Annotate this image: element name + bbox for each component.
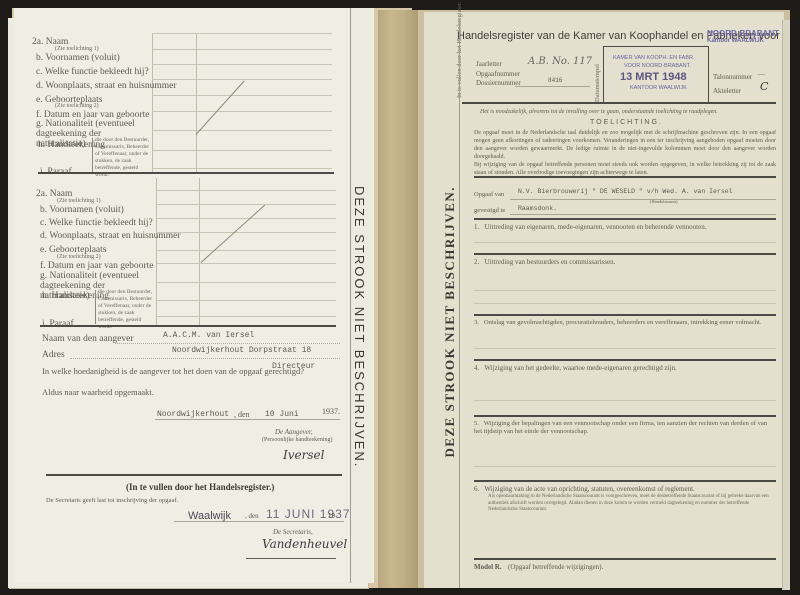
model-note: (Opgaaf betreffende wijzigingen). xyxy=(508,563,603,571)
truth-statement: Aldus naar waarheid opgemaakt. xyxy=(42,387,154,397)
header-stamp-region: NOORD-BRABANT xyxy=(707,29,779,38)
registry-heading: (In te vullen door het Handelsregister.) xyxy=(126,482,274,492)
declarant-address-value: Noordwijkerhout Dorpstraat 18 xyxy=(172,346,311,355)
column-divider xyxy=(196,34,197,174)
section-divider xyxy=(474,558,776,560)
date-stamp-line2: VOOR NOORD-BRABANT xyxy=(624,63,690,69)
registry-date-stamp: 11 JUNI 1937 xyxy=(266,507,351,521)
declarant-place: Noordwijkerhout xyxy=(157,410,229,419)
date-stamp-line1: KAMER VAN KOOPH. EN FABR. xyxy=(613,55,695,61)
signer-title: De Aangever, xyxy=(275,428,313,436)
explanation-paragraph-2: Bij wijziging van de opgaaf betreffende … xyxy=(474,161,776,177)
handelsnaam-note: (Handelsnaam) xyxy=(650,199,678,204)
akte-value: C xyxy=(760,80,768,93)
field-label-geboortedatum-2: f. Datum en jaar van geboorte xyxy=(40,261,153,271)
section-2: 2. Uittreding van bestuurders en commiss… xyxy=(474,258,615,266)
declarant-date: 10 Juni xyxy=(265,410,299,419)
strip-notice-left: DEZE STROOK NIET BESCHRIJVEN. xyxy=(352,186,367,468)
section-divider xyxy=(474,314,776,316)
model-label: Model R. xyxy=(474,563,502,571)
field-label-woonplaats-2: d. Woonplaats, straat en huisnummer xyxy=(40,231,181,241)
field-label-woonplaats: d. Woonplaats, straat en huisnummer xyxy=(36,81,177,91)
header-divider xyxy=(462,102,776,104)
explanation-paragraph-1: De opgaaf moet in de Nederlandsche taal … xyxy=(474,129,776,161)
gevestigd-value: Raamsdonk. xyxy=(518,205,557,212)
section-3: 3. Ontslag van gevolmachtigden, procurat… xyxy=(474,319,762,326)
section-4: 4. Wijziging van het gedeelte, waartoe m… xyxy=(474,364,677,372)
gevestigd-label: gevestigd te xyxy=(474,207,505,214)
field-sub-note: (Zie toelichting 1) xyxy=(57,198,101,204)
section-divider xyxy=(474,253,776,255)
section-6: 6. Wijziging van de acte van oprichting,… xyxy=(474,485,695,493)
signer-note: (Persoonlijke handteekening) xyxy=(262,437,332,443)
declarant-year: 1937. xyxy=(322,407,340,416)
field-sub-note: (Zie toelichting 2) xyxy=(55,103,99,109)
company-name-value: N.V. Bierbrouwerij " DE WESELD " v/h Wed… xyxy=(518,188,733,195)
talon-value: — xyxy=(758,70,765,78)
section-divider xyxy=(474,480,776,482)
section-divider xyxy=(474,415,776,417)
declarant-address-label: Adres xyxy=(42,350,65,360)
field-label-voornamen: b. Voornamen (voluit) xyxy=(36,53,120,63)
section-1: 1. Uittreding van eigenaren, mede-eigena… xyxy=(474,223,706,231)
declarant-signature: Iversel xyxy=(283,448,324,462)
section-6-note: Als openbaarmaking in de Nederlandsche S… xyxy=(488,494,776,514)
datumstempel-label: Datumstempel xyxy=(594,52,602,102)
registry-place: Waalwijk xyxy=(188,510,231,522)
explanation-divider xyxy=(474,176,776,178)
declarant-name-value: A.A.C.M. van Iersel xyxy=(163,331,254,340)
date-stamp-date: 13 MRT 1948 xyxy=(620,71,687,83)
talonnummer-label: Talonnummer xyxy=(713,73,752,81)
jaarletter-label: Jaarletter xyxy=(476,60,502,68)
den-label: , den xyxy=(234,410,250,419)
section-divider xyxy=(474,218,776,220)
section-5: 5. Wijziging der bepalingen van een venn… xyxy=(474,420,776,436)
field-sub-note: (Zie toelichting 1) xyxy=(55,46,99,52)
folder-spine xyxy=(378,10,422,588)
right-page-edge xyxy=(782,20,790,590)
section-divider xyxy=(474,359,776,361)
registry-year: 19 xyxy=(328,512,335,520)
declarant-capacity-label: In welke hoedanigheid is de aangever tot… xyxy=(42,366,304,376)
akteletter-label: Akteletter xyxy=(713,87,741,95)
opgaaf-number-value: A.B. No. 117 xyxy=(528,56,592,67)
opgaaf-van-label: Opgaaf van xyxy=(474,191,504,198)
date-stamp-line3: KANTOOR WAALWIJK xyxy=(630,85,687,91)
registry-instruction: De Secretaris geeft last tot inschrijvin… xyxy=(46,497,178,504)
field-label-functie-2: c. Welke functie bekleedt hij? xyxy=(40,218,153,228)
section-divider xyxy=(38,172,334,174)
strip-notice-right: DEZE STROOK NIET BESCHRIJVEN. xyxy=(442,186,458,458)
field-label-voornamen-2: b. Voornamen (voluit) xyxy=(40,205,124,215)
section-divider xyxy=(46,474,342,476)
field-sub-note: (Zie toelichting 2) xyxy=(57,254,101,260)
den-label: , den xyxy=(245,512,259,520)
dossiernummer-label: Dossiernummer xyxy=(476,79,521,87)
dossier-number-value: 8416 xyxy=(548,77,562,84)
header-stamp-office: Kantoor WAALWIJK xyxy=(707,38,764,44)
declarant-capacity-value: Directeur xyxy=(272,362,315,371)
field-label-functie: c. Welke functie bekleedt hij? xyxy=(36,67,149,77)
field-label-paraaf-2: i. Paraaf xyxy=(42,319,74,329)
explanation-title: TOELICHTING. xyxy=(590,119,663,127)
section-divider xyxy=(40,325,336,327)
instruction-text: Het is noodzakelijk, alvorens tot de inv… xyxy=(480,108,780,116)
opgaafnummer-label: Opgaafnummer xyxy=(476,70,520,78)
secretary-signature: Vandenheuvel xyxy=(262,537,347,551)
secretary-title: De Secretaris, xyxy=(273,528,313,536)
